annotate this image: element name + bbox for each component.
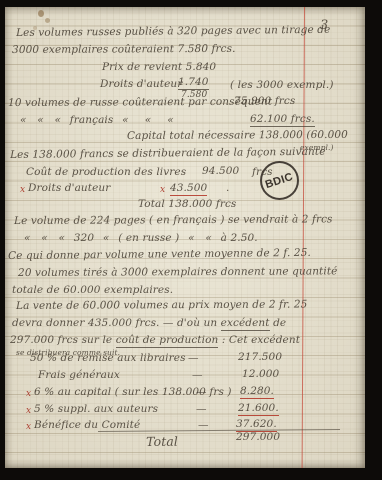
line-droits-auteur-2: Droits d'auteur	[28, 182, 110, 194]
ink-stain	[38, 10, 44, 17]
underlined-word-excedent: excédent	[221, 317, 270, 331]
expense-label: Frais généraux	[38, 369, 120, 381]
line-volume-224p: Le volume de 224 pages ( en français ) s…	[14, 213, 333, 227]
line-volume-320p: « « « 320 « ( en russe ) « « à 2.50.	[24, 232, 258, 244]
text-fragment: devra donner 435.000 frcs. — d'où un	[12, 317, 221, 329]
line-excedent: devra donner 435.000 frcs. — d'où un exc…	[12, 317, 286, 329]
expense-amount: 21.600.	[238, 402, 279, 416]
note-3000-exempl: ( les 3000 exempl.)	[230, 79, 334, 91]
line-droits-auteur-label: Droits d'auteur	[100, 78, 182, 90]
scanned-manuscript-page: 3 BDIC Les volumes russes publiés à 320 …	[0, 0, 382, 480]
expense-amount: 12.000	[242, 368, 279, 380]
red-x-mark: x	[26, 421, 31, 433]
trailing-period: .	[226, 182, 229, 194]
unit-frcs: frcs	[252, 166, 273, 178]
sum-total: 297.000	[236, 431, 280, 443]
line-exemplaires-cout: 3000 exemplaires coûteraient 7.580 frcs.	[12, 43, 236, 56]
dash: —	[196, 386, 207, 398]
total-word: Total	[146, 436, 178, 448]
line-20-volumes: 20 volumes tirés à 3000 exemplaires donn…	[18, 265, 337, 279]
red-x-mark: x	[160, 184, 165, 196]
amount-russe: 75.900 frcs	[234, 95, 295, 107]
line-prix-revient: Prix de revient 5.840	[102, 61, 216, 73]
amount-droits-auteur: 43.500	[170, 182, 207, 196]
fraction-numerator: 1.740	[178, 76, 209, 90]
amount-francais: 62.100 frcs.	[250, 113, 315, 127]
text-fragment: : Cet excédent	[218, 334, 300, 346]
dash: —	[192, 369, 203, 381]
red-x-mark: x	[26, 388, 31, 400]
dash: —	[188, 352, 199, 364]
text-fragment: 297.000 frcs sur le	[10, 334, 116, 346]
red-x-mark: x	[26, 405, 31, 417]
amount-cout-production: 94.500	[202, 165, 239, 177]
line-capital-total: Capital total nécessaire 138.000 (60.000	[127, 129, 348, 142]
underlined-cout-production: coût de production	[116, 334, 219, 348]
line-volumes-francais: « « « français « « «	[20, 114, 174, 126]
dash: —	[196, 403, 207, 415]
line-totale-60000: totale de 60.000 exemplaires.	[12, 284, 173, 296]
line-total-138000: Total 138.000 frcs	[138, 198, 236, 210]
expense-amount: 8.280.	[240, 385, 274, 399]
line-cout-production: Coût de production des livres	[26, 166, 186, 178]
text-fragment: de	[270, 317, 287, 329]
line-vente-60000: La vente de 60.000 volumes au prix moyen…	[16, 298, 307, 312]
red-x-mark: x	[20, 184, 25, 196]
expense-amount: 217.500	[238, 351, 282, 363]
expense-label: 50 % de remise aux libraires	[30, 352, 186, 364]
line-297000: 297.000 frcs sur le coût de production :…	[10, 334, 300, 346]
ink-stain	[45, 18, 50, 23]
expense-label: Bénéfice du Comité	[34, 419, 140, 431]
expense-label: 5 % suppl. aux auteurs	[34, 403, 158, 415]
line-volumes-russe: 10 volumes de russe coûteraient par cons…	[8, 96, 272, 109]
